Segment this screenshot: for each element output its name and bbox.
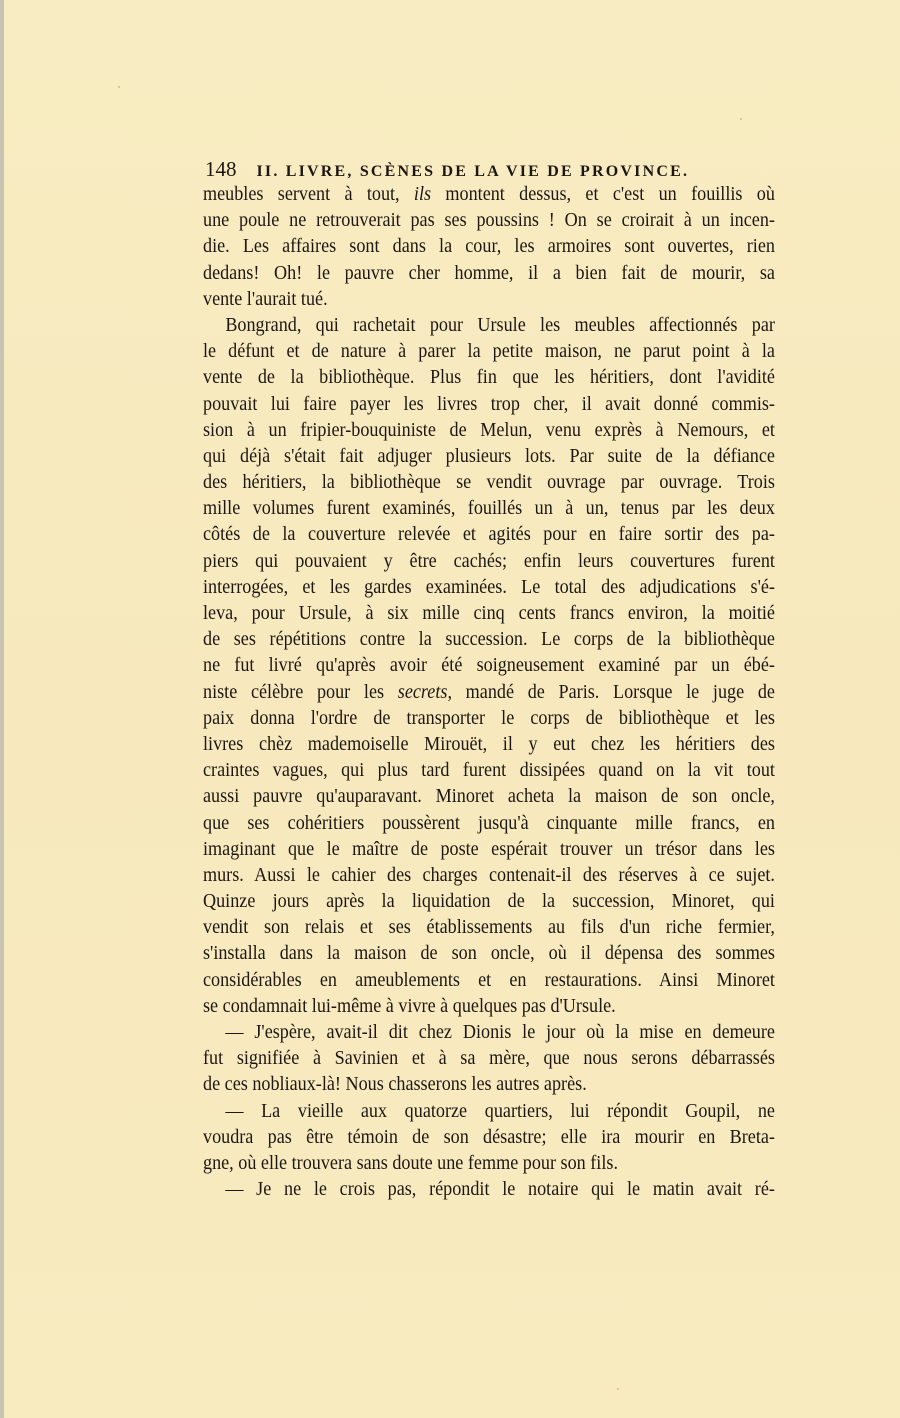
- text-line: murs. Aussi le cahier des charges conten…: [203, 863, 775, 889]
- text-line: qui déjà s'était fait adjuger plusieurs …: [203, 444, 775, 470]
- text-line: de ses répétitions contre la succession.…: [203, 627, 775, 653]
- text-segment: s'installa dans la maison de son oncle, …: [203, 943, 775, 964]
- text-line: paix donna l'ordre de transporter le cor…: [203, 706, 775, 732]
- text-segment: vendit son relais et ses établissements …: [203, 917, 775, 938]
- text-segment: paix donna l'ordre de transporter le cor…: [203, 708, 775, 729]
- paper-speck: [118, 86, 120, 88]
- text-line: mille volumes furent examinés, fouillés …: [203, 496, 775, 522]
- text-segment: voudra pas être témoin de son désastre; …: [203, 1127, 775, 1148]
- text-segment: gne, où elle trouvera sans doute une fem…: [203, 1153, 618, 1174]
- text-segment: dedans! Oh! le pauvre cher homme, il a b…: [203, 263, 775, 284]
- text-line: — Je ne le crois pas, répondit le notair…: [203, 1177, 775, 1203]
- text-line: Bongrand, qui rachetait pour Ursule les …: [203, 313, 775, 339]
- text-line: pouvait lui faire payer les livres trop …: [203, 392, 775, 418]
- text-line: de ces nobliaux-là! Nous chasserons les …: [203, 1072, 775, 1098]
- text-segment: se condamnait lui-même à vivre à quelque…: [203, 996, 616, 1017]
- text-segment: leva, pour Ursule, à six mille cinq cent…: [203, 603, 775, 624]
- text-line: niste célèbre pour les secrets, mandé de…: [203, 680, 775, 706]
- text-line: côtés de la couverture relevée et agités…: [203, 522, 775, 548]
- text-segment: niste célèbre pour les: [203, 682, 398, 703]
- text-segment: de ces nobliaux-là! Nous chasserons les …: [203, 1074, 587, 1095]
- text-segment: vente l'aurait tué.: [203, 289, 328, 310]
- italic-text: secrets,: [398, 682, 452, 703]
- text-line: leva, pour Ursule, à six mille cinq cent…: [203, 601, 775, 627]
- text-line: interrogées, et les gardes examinées. Le…: [203, 575, 775, 601]
- text-line: considérables en ameublements et en rest…: [203, 968, 775, 994]
- text-segment: — J'espère, avait-il dit chez Dionis le …: [225, 1022, 775, 1043]
- text-line: piers qui pouvaient y être cachés; enfin…: [203, 549, 775, 575]
- text-line: s'installa dans la maison de son oncle, …: [203, 941, 775, 967]
- text-line: se condamnait lui-même à vivre à quelque…: [203, 994, 775, 1020]
- body-text: meubles servent à tout, ils montent dess…: [203, 182, 775, 1203]
- text-segment: — Je ne le crois pas, répondit le notair…: [225, 1179, 775, 1200]
- text-segment: die. Les affaires sont dans la cour, les…: [203, 236, 775, 257]
- text-segment: de ses répétitions contre la succession.…: [203, 629, 775, 650]
- text-line: aussi pauvre qu'auparavant. Minoret ache…: [203, 784, 775, 810]
- text-segment: livres chèz mademoiselle Mirouët, il y e…: [203, 734, 775, 755]
- text-segment: sion à un fripier-bouquiniste de Melun, …: [203, 420, 775, 441]
- paper-speck: [740, 118, 742, 120]
- text-line: meubles servent à tout, ils montent dess…: [203, 182, 775, 208]
- text-line: imaginant que le maître de poste espérai…: [203, 837, 775, 863]
- text-line: Quinze jours après la liquidation de la …: [203, 889, 775, 915]
- text-segment: pouvait lui faire payer les livres trop …: [203, 394, 775, 415]
- text-line: gne, où elle trouvera sans doute une fem…: [203, 1151, 775, 1177]
- text-segment: — La vieille aux quatorze quartiers, lui…: [225, 1101, 775, 1122]
- text-segment: Quinze jours après la liquidation de la …: [203, 891, 775, 912]
- text-line: sion à un fripier-bouquiniste de Melun, …: [203, 418, 775, 444]
- text-line: craintes vagues, qui plus tard furent di…: [203, 758, 775, 784]
- text-segment: fut signifiée à Savinien et à sa mère, q…: [203, 1048, 775, 1069]
- text-line: vendit son relais et ses établissements …: [203, 915, 775, 941]
- text-line: que ses cohéritiers poussèrent jusqu'à c…: [203, 811, 775, 837]
- text-segment: vente de la bibliothèque. Plus fin que l…: [203, 367, 775, 388]
- text-segment: interrogées, et les gardes examinées. Le…: [203, 577, 775, 598]
- text-segment: des héritiers, la bibliothèque se vendit…: [203, 472, 775, 493]
- text-line: des héritiers, la bibliothèque se vendit…: [203, 470, 775, 496]
- page-number: 148: [205, 156, 237, 182]
- text-line: die. Les affaires sont dans la cour, les…: [203, 234, 775, 260]
- text-segment: considérables en ameublements et en rest…: [203, 970, 775, 991]
- text-line: — J'espère, avait-il dit chez Dionis le …: [203, 1020, 775, 1046]
- italic-text: ils: [414, 184, 431, 205]
- text-segment: mille volumes furent examinés, fouillés …: [203, 498, 775, 519]
- text-line: le défunt et de nature à parer la petite…: [203, 339, 775, 365]
- text-line: fut signifiée à Savinien et à sa mère, q…: [203, 1046, 775, 1072]
- text-segment: aussi pauvre qu'auparavant. Minoret ache…: [203, 786, 775, 807]
- text-line: livres chèz mademoiselle Mirouët, il y e…: [203, 732, 775, 758]
- page-edge-shadow: [0, 0, 4, 1418]
- paper-speck: [617, 1388, 619, 1390]
- book-page: 148 II. LIVRE, SCÈNES DE LA VIE DE PROVI…: [0, 0, 900, 1418]
- text-segment: montent dessus, et c'est un fouillis où: [431, 184, 775, 205]
- text-segment: meubles servent à tout,: [203, 184, 414, 205]
- text-segment: murs. Aussi le cahier des charges conten…: [203, 865, 775, 886]
- text-segment: piers qui pouvaient y être cachés; enfin…: [203, 551, 775, 572]
- text-segment: ne fut livré qu'après avoir été soigneus…: [203, 655, 775, 676]
- text-segment: une poule ne retrouverait pas ses poussi…: [203, 210, 775, 231]
- text-line: dedans! Oh! le pauvre cher homme, il a b…: [203, 261, 775, 287]
- text-line: voudra pas être témoin de son désastre; …: [203, 1125, 775, 1151]
- text-line: — La vieille aux quatorze quartiers, lui…: [203, 1099, 775, 1125]
- text-line: ne fut livré qu'après avoir été soigneus…: [203, 653, 775, 679]
- text-line: vente de la bibliothèque. Plus fin que l…: [203, 365, 775, 391]
- text-segment: que ses cohéritiers poussèrent jusqu'à c…: [203, 813, 775, 834]
- text-segment: qui déjà s'était fait adjuger plusieurs …: [203, 446, 775, 467]
- text-segment: le défunt et de nature à parer la petite…: [203, 341, 775, 362]
- text-segment: côtés de la couverture relevée et agités…: [203, 524, 775, 545]
- text-segment: mandé de Paris. Lorsque le juge de: [452, 682, 775, 703]
- text-line: vente l'aurait tué.: [203, 287, 775, 313]
- text-segment: imaginant que le maître de poste espérai…: [203, 839, 775, 860]
- text-segment: craintes vagues, qui plus tard furent di…: [203, 760, 775, 781]
- running-head: 148 II. LIVRE, SCÈNES DE LA VIE DE PROVI…: [205, 156, 715, 185]
- text-segment: Bongrand, qui rachetait pour Ursule les …: [225, 315, 775, 336]
- text-line: une poule ne retrouverait pas ses poussi…: [203, 208, 775, 234]
